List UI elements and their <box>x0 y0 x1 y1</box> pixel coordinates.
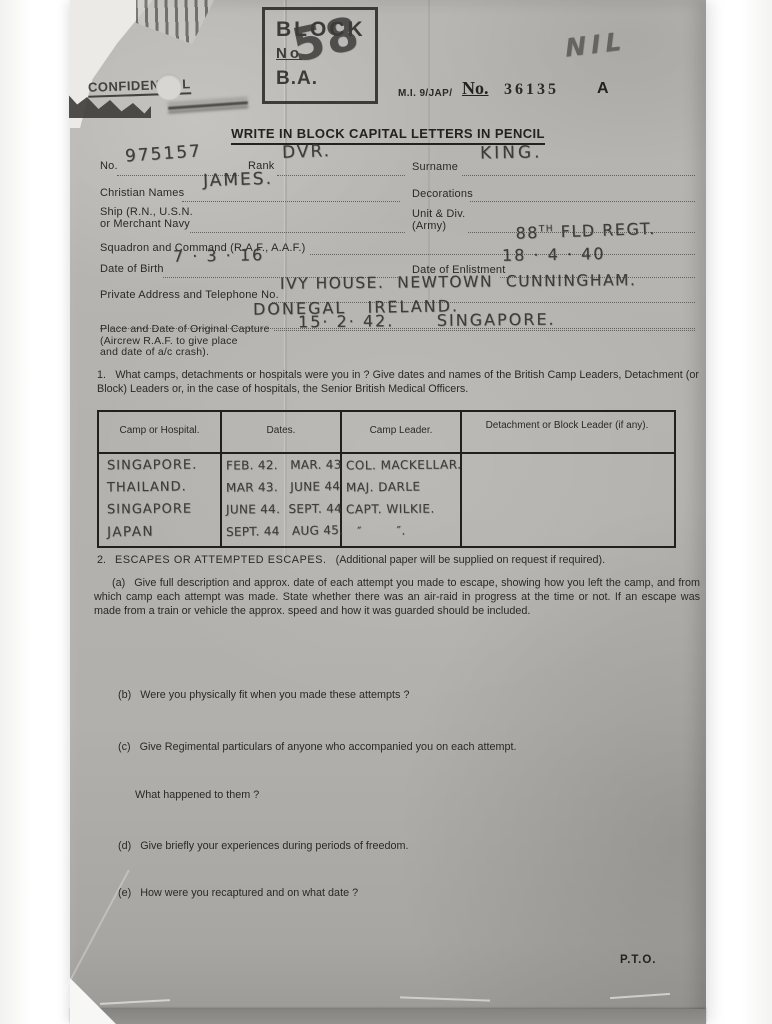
table-row-dates: MAR 43. JUNE 44 <box>226 479 340 495</box>
field-line <box>468 232 695 233</box>
mi9-no-label: No. <box>462 78 489 99</box>
camps-table: Camp or Hospital. Dates. Camp Leader. De… <box>97 410 676 548</box>
pto-note: P.T.O. <box>620 954 656 966</box>
field-value-date-of-birth: 7 · 3 · 16 <box>173 245 265 266</box>
mi9-serial-number: 36135 <box>504 81 559 99</box>
field-line <box>274 330 695 331</box>
table-header-leader: Camp Leader. <box>342 425 460 436</box>
fold-highlight <box>400 996 490 1001</box>
question-2c: (c)Give Regimental particulars of anyone… <box>118 741 678 755</box>
field-label-unit-line1: Unit & Div. <box>412 208 465 220</box>
question-2c-text: Give Regimental particulars of anyone wh… <box>140 741 517 753</box>
table-header-detachment: Detachment or Block Leader (if any). <box>466 420 668 431</box>
field-value-address-line1: IVY HOUSE. NEWTOWN CUNNINGHAM. <box>280 271 637 293</box>
question-2c-followup: What happened to them ? <box>135 789 535 803</box>
question-2a-tag: (a) <box>112 577 125 589</box>
fold-highlight <box>100 999 170 1005</box>
form-page: BLOCK No B.A. 58 NIL CONFIDENTIAL M.I. 9… <box>70 0 706 1024</box>
fold-highlight <box>610 993 670 999</box>
question-2a-text: Give full description and approx. date o… <box>94 577 700 617</box>
table-row-leader: MAJ. DARLE <box>346 479 421 494</box>
field-label-date-of-birth: Date of Birth <box>100 263 164 275</box>
table-row-dates: FEB. 42. MAR. 43 <box>226 457 342 472</box>
question-2d-text: Give briefly your experiences during per… <box>140 840 408 852</box>
table-row-camp: JAPAN <box>107 524 154 541</box>
question-2e: (e)How were you recaptured and on what d… <box>118 887 678 901</box>
table-row-dates: JUNE 44. SEPT. 44 <box>226 501 342 516</box>
table-header-divider <box>99 452 674 454</box>
table-header-dates: Dates. <box>222 425 340 436</box>
field-label-christian-names: Christian Names <box>100 187 184 199</box>
question-2b-tag: (b) <box>118 689 131 701</box>
table-row-camp: SINGAPORE <box>107 502 192 518</box>
question-2d-tag: (d) <box>118 840 131 852</box>
torn-corner-stripes <box>136 0 214 44</box>
table-row-camp: THAILAND. <box>107 479 187 495</box>
scanned-document-photo: BLOCK No B.A. 58 NIL CONFIDENTIAL M.I. 9… <box>0 0 772 1024</box>
question-2b: (b)Were you physically fit when you made… <box>118 689 678 703</box>
question-2-title: ESCAPES OR ATTEMPTED ESCAPES. <box>115 554 327 566</box>
field-value-no: 975157 <box>124 141 202 166</box>
field-label-no: No. <box>100 160 118 172</box>
question-1-text: What camps, detachments or hospitals wer… <box>97 369 699 395</box>
question-2c-tag: (c) <box>118 741 131 753</box>
question-2-number: 2. <box>97 554 106 566</box>
block-stamp-line3: B.A. <box>276 66 375 92</box>
bottom-sheet-edge <box>70 1009 706 1024</box>
unit-ordinal-suffix: TH <box>539 224 555 235</box>
field-line <box>182 201 400 202</box>
question-1: 1. What camps, detachments or hospitals … <box>97 369 699 397</box>
form-title-wrap: WRITE IN BLOCK CAPITAL LETTERS IN PENCIL <box>70 125 706 145</box>
paper-hole <box>156 74 182 100</box>
nil-note-handwritten: NIL <box>563 26 627 63</box>
field-line <box>462 175 695 176</box>
mi9-prefix: M.I. 9/JAP/ <box>398 88 452 99</box>
field-value-rank: DVR. <box>282 141 332 163</box>
field-label-ship-line1: Ship (R.N., U.S.N. <box>100 206 193 218</box>
field-label-capture-line1: Place and Date of Original Capture <box>100 324 270 336</box>
field-line <box>277 175 405 176</box>
question-1-number: 1. <box>97 369 106 381</box>
field-value-date-of-enlistment: 18 · 4 · 40 <box>502 244 606 265</box>
question-2d: (d)Give briefly your experiences during … <box>118 840 678 854</box>
stamp-smudge <box>168 101 248 110</box>
table-row-leader-ditto: ″ ″. <box>357 524 406 539</box>
table-row-dates: SEPT. 44 AUG 45. <box>226 523 344 539</box>
table-row-leader: CAPT. WILKIE. <box>346 502 435 517</box>
field-label-surname: Surname <box>412 161 458 173</box>
crease-line <box>428 0 430 300</box>
field-value-christian-names: JAMES. <box>203 169 274 191</box>
form-title: WRITE IN BLOCK CAPITAL LETTERS IN PENCIL <box>231 126 545 145</box>
question-2-heading: 2. ESCAPES OR ATTEMPTED ESCAPES. (Additi… <box>97 554 699 568</box>
mi9-series-letter: A <box>597 80 609 98</box>
question-2a: (a)Give full description and approx. dat… <box>94 577 700 618</box>
question-2e-text: How were you recaptured and on what date… <box>140 887 358 899</box>
field-label-unit-line2: (Army) <box>412 220 446 232</box>
question-2-note: (Additional paper will be supplied on re… <box>336 554 605 566</box>
question-2e-tag: (e) <box>118 887 131 899</box>
table-row-leader: COL. MACKELLAR. <box>346 457 462 472</box>
field-line <box>190 232 405 233</box>
field-value-capture: 15· 2· 42. SINGAPORE. <box>298 310 556 332</box>
unit-rest: FLD REGT. <box>554 219 656 242</box>
field-value-surname: KING. <box>480 142 543 163</box>
field-label-ship-line2: or Merchant Navy <box>100 218 190 230</box>
table-row-camp: SINGAPORE. <box>107 458 197 474</box>
field-label-decorations: Decorations <box>412 188 473 200</box>
field-label-capture-line3: and date of a/c crash). <box>100 347 209 359</box>
table-header-camp: Camp or Hospital. <box>99 425 220 436</box>
question-2b-text: Were you physically fit when you made th… <box>140 689 409 701</box>
table-column-divider <box>460 412 462 546</box>
